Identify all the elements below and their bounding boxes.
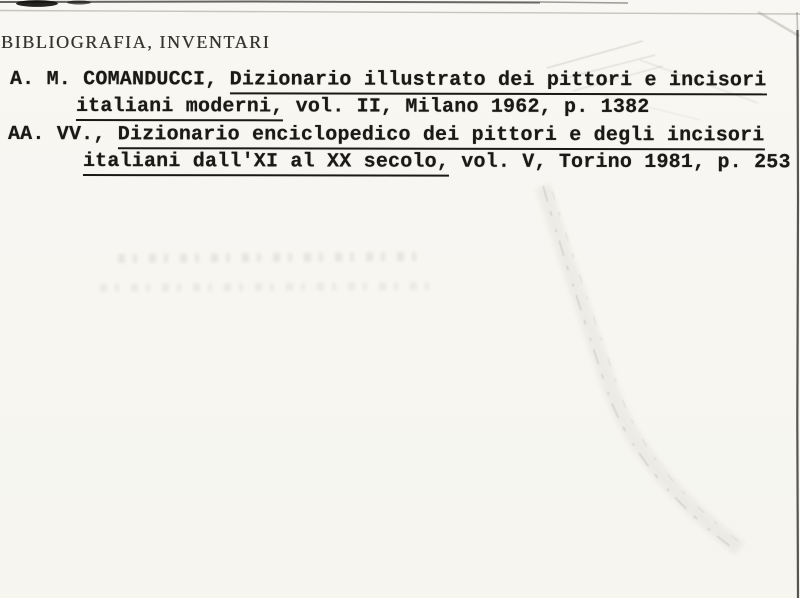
pencil-smudge [543,186,745,549]
entry-line: AA. VV., Dizionario enciclopedico dei pi… [8,125,765,146]
author-text: A. M. COMANDUCCI, [10,68,230,91]
card-heading: BIBLIOGRAFIA, INVENTARI [1,33,270,52]
top-edge-ink-mark [0,0,628,7]
title-underlined: Dizionario illustrato dei pittori e inci… [230,68,767,94]
entry-line: italiani moderni, vol. II, Milano 1962, … [76,97,650,118]
title-underlined: Dizionario enciclopedico dei pittori e d… [118,123,765,150]
card-top-edge [0,11,800,15]
card-right-edge [797,12,798,598]
author-text: AA. VV., [8,123,118,146]
scanned-bibliography-card: BIBLIOGRAFIA, INVENTARI A. M. COMANDUCCI… [0,0,800,598]
citation-text: vol. V, Torino 1981, p. 253 [449,151,791,175]
citation-text: vol. II, Milano 1962, p. 1382 [283,95,649,119]
entry-line: A. M. COMANDUCCI, Dizionario illustrato … [10,70,767,91]
entry-line: italiani dall'XI al XX secolo, vol. V, T… [83,152,791,173]
corner-crease [758,12,799,36]
title-underlined: italiani moderni, [76,95,283,121]
title-underlined: italiani dall'XI al XX secolo, [83,150,449,176]
bleedthrough-text [118,252,418,263]
bleedthrough-text [100,282,430,292]
